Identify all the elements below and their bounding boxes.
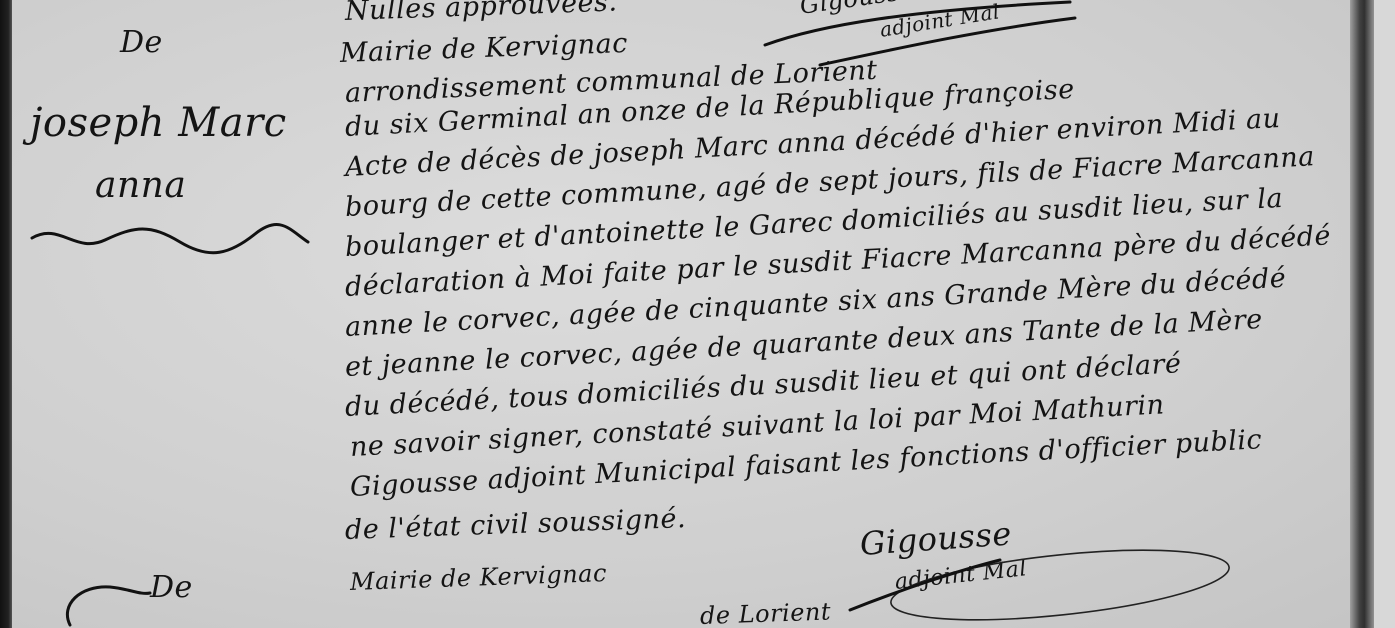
margin-name-line1: joseph Marc bbox=[30, 100, 287, 146]
margin-prefix: De bbox=[120, 25, 163, 60]
register-page: De joseph Marc anna De Nulles approuvées… bbox=[0, 0, 1395, 628]
footer-signature-flourish-icon bbox=[840, 540, 1230, 628]
scan-border bbox=[1374, 0, 1395, 628]
next-mairie-heading: Mairie de Kervignac bbox=[350, 559, 608, 596]
record-line-11: de l'état civil soussigné. bbox=[344, 503, 686, 546]
margin-name-line2: anna bbox=[95, 165, 186, 206]
mairie-heading: Mairie de Kervignac bbox=[339, 28, 628, 69]
approval-note: Nulles approuvées. bbox=[344, 0, 617, 27]
next-entry-flourish-icon bbox=[50, 575, 170, 628]
page-binding-edge bbox=[0, 0, 12, 628]
margin-flourish-icon bbox=[30, 220, 310, 260]
next-arrondissement-fragment: de Lorient bbox=[700, 597, 832, 628]
page-right-edge bbox=[1350, 0, 1374, 628]
